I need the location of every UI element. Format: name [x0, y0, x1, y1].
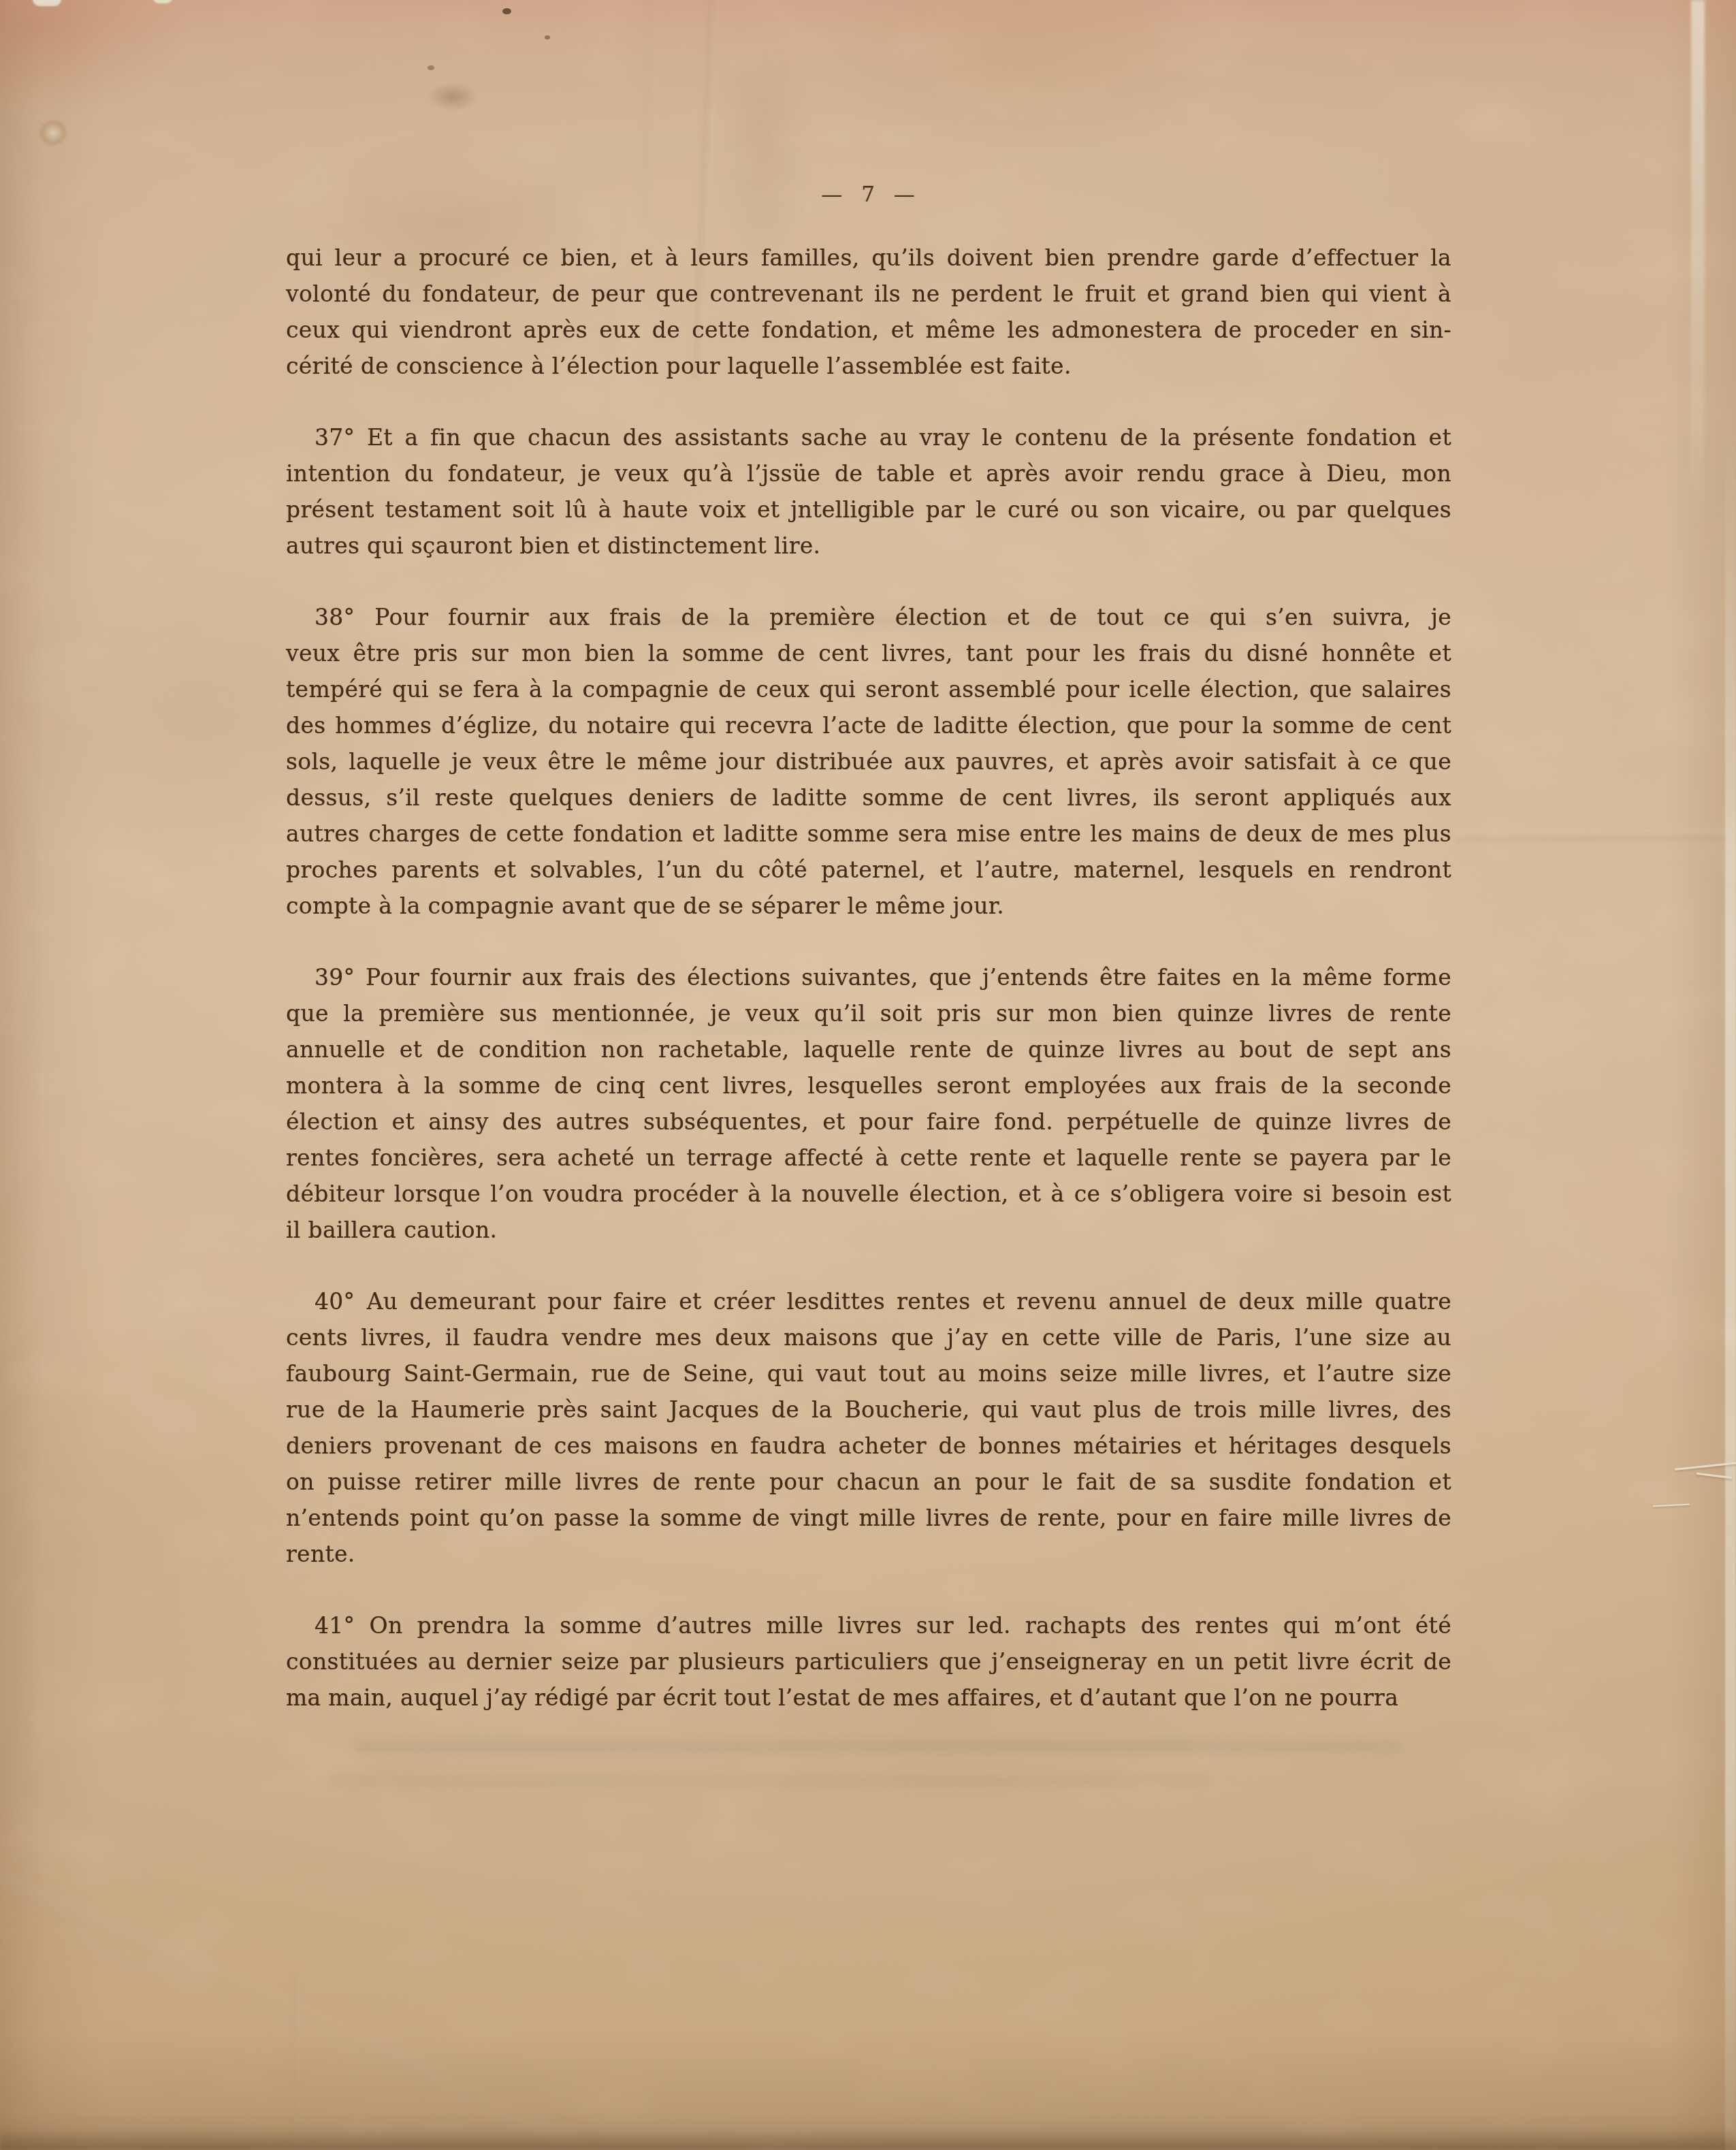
scanned-document-page: { "page": { "number_label": "— 7 —" }, "… — [0, 0, 1736, 2150]
text-line: ma main, auquel j’ay rédigé par écrit to… — [286, 1680, 1451, 1716]
page-number: — 7 — — [286, 182, 1451, 207]
text-line: autres charges de cette fondation et lad… — [286, 816, 1451, 852]
text-line: deniers provenant de ces maisons en faud… — [286, 1428, 1451, 1464]
text-line: 37° Et a fin que chacun des assistants s… — [286, 419, 1451, 455]
text-line: élection et ainsy des autres subséquente… — [286, 1104, 1451, 1140]
text-line: ceux qui viendront après eux de cette fo… — [286, 312, 1451, 348]
text-line: montera à la somme de cinq cent livres, … — [286, 1068, 1451, 1104]
ink-speck — [502, 8, 511, 14]
clause-37: 37° Et a fin que chacun des assistants s… — [286, 419, 1451, 564]
clause-39: 39° Pour fournir aux frais des élections… — [286, 959, 1451, 1248]
text-line: proches parents et solvables, l’un du cô… — [286, 852, 1451, 888]
text-line: dessus, s’il reste quelques deniers de l… — [286, 780, 1451, 816]
ink-speck — [428, 65, 434, 70]
document-text: qui leur a procuré ce bien, et à leurs f… — [286, 240, 1451, 1716]
clause-40: 40° Au demeurant pour faire et créer les… — [286, 1283, 1451, 1572]
page-edge-highlight — [1725, 408, 1736, 2150]
text-line: 39° Pour fournir aux frais des élections… — [286, 959, 1451, 995]
text-line: 40° Au demeurant pour faire et créer les… — [286, 1283, 1451, 1319]
text-line: veux être pris sur mon bien la somme de … — [286, 635, 1451, 671]
page-edge-shadow — [0, 2130, 1736, 2150]
showthrough-text-ghost — [327, 1774, 1212, 1788]
clause-41: 41° On prendra la somme d’autres mille l… — [286, 1607, 1451, 1716]
text-line: rentes foncières, sera acheté un terrage… — [286, 1140, 1451, 1176]
text-line: cents livres, il faudra vendre mes deux … — [286, 1319, 1451, 1355]
text-line: autres qui sçauront bien et distinctemen… — [286, 528, 1451, 564]
text-line: faubourg Saint-Germain, rue de Seine, qu… — [286, 1355, 1451, 1392]
text-line: intention du fondateur, je veux qu’à l’j… — [286, 455, 1451, 492]
text-line: des hommes d’églize, du notaire qui rece… — [286, 707, 1451, 743]
clause-38: 38° Pour fournir aux frais de la premièr… — [286, 599, 1451, 924]
text-line: volonté du fondateur, de peur que contre… — [286, 276, 1451, 312]
text-line: que la première sus mentionnée, je veux … — [286, 995, 1451, 1031]
text-line: il baillera caution. — [286, 1212, 1451, 1248]
text-line: cérité de conscience à l’élection pour l… — [286, 348, 1451, 384]
text-line: constituées au dernier seize par plusieu… — [286, 1643, 1451, 1680]
text-line: annuelle et de condition non rachetable,… — [286, 1031, 1451, 1068]
torn-edge-notch — [33, 0, 61, 6]
paper-blemish — [38, 120, 68, 146]
page-edge-highlight — [1691, 0, 1705, 531]
text-line: rue de la Haumerie près saint Jacques de… — [286, 1392, 1451, 1428]
text-line: 38° Pour fournir aux frais de la premièr… — [286, 599, 1451, 635]
text-line: tempéré qui se fera à la compagnie de ce… — [286, 671, 1451, 707]
text-line: 41° On prendra la somme d’autres mille l… — [286, 1607, 1451, 1643]
ink-speck — [545, 35, 550, 39]
showthrough-text-ghost — [354, 1739, 1402, 1754]
text-line: présent testament soit lû à haute voix e… — [286, 492, 1451, 528]
text-line: débiteur lorsque l’on voudra procéder à … — [286, 1176, 1451, 1212]
text-line: on puisse retirer mille livres de rente … — [286, 1464, 1451, 1500]
paragraph-continuation: qui leur a procuré ce bien, et à leurs f… — [286, 240, 1451, 384]
text-line: n’entends point qu’on passe la somme de … — [286, 1500, 1451, 1536]
text-line: compte à la compagnie avant que de se sé… — [286, 888, 1451, 924]
text-line: rente. — [286, 1536, 1451, 1572]
text-line: sols, laquelle je veux être le même jour… — [286, 743, 1451, 780]
text-line: qui leur a procuré ce bien, et à leurs f… — [286, 240, 1451, 276]
